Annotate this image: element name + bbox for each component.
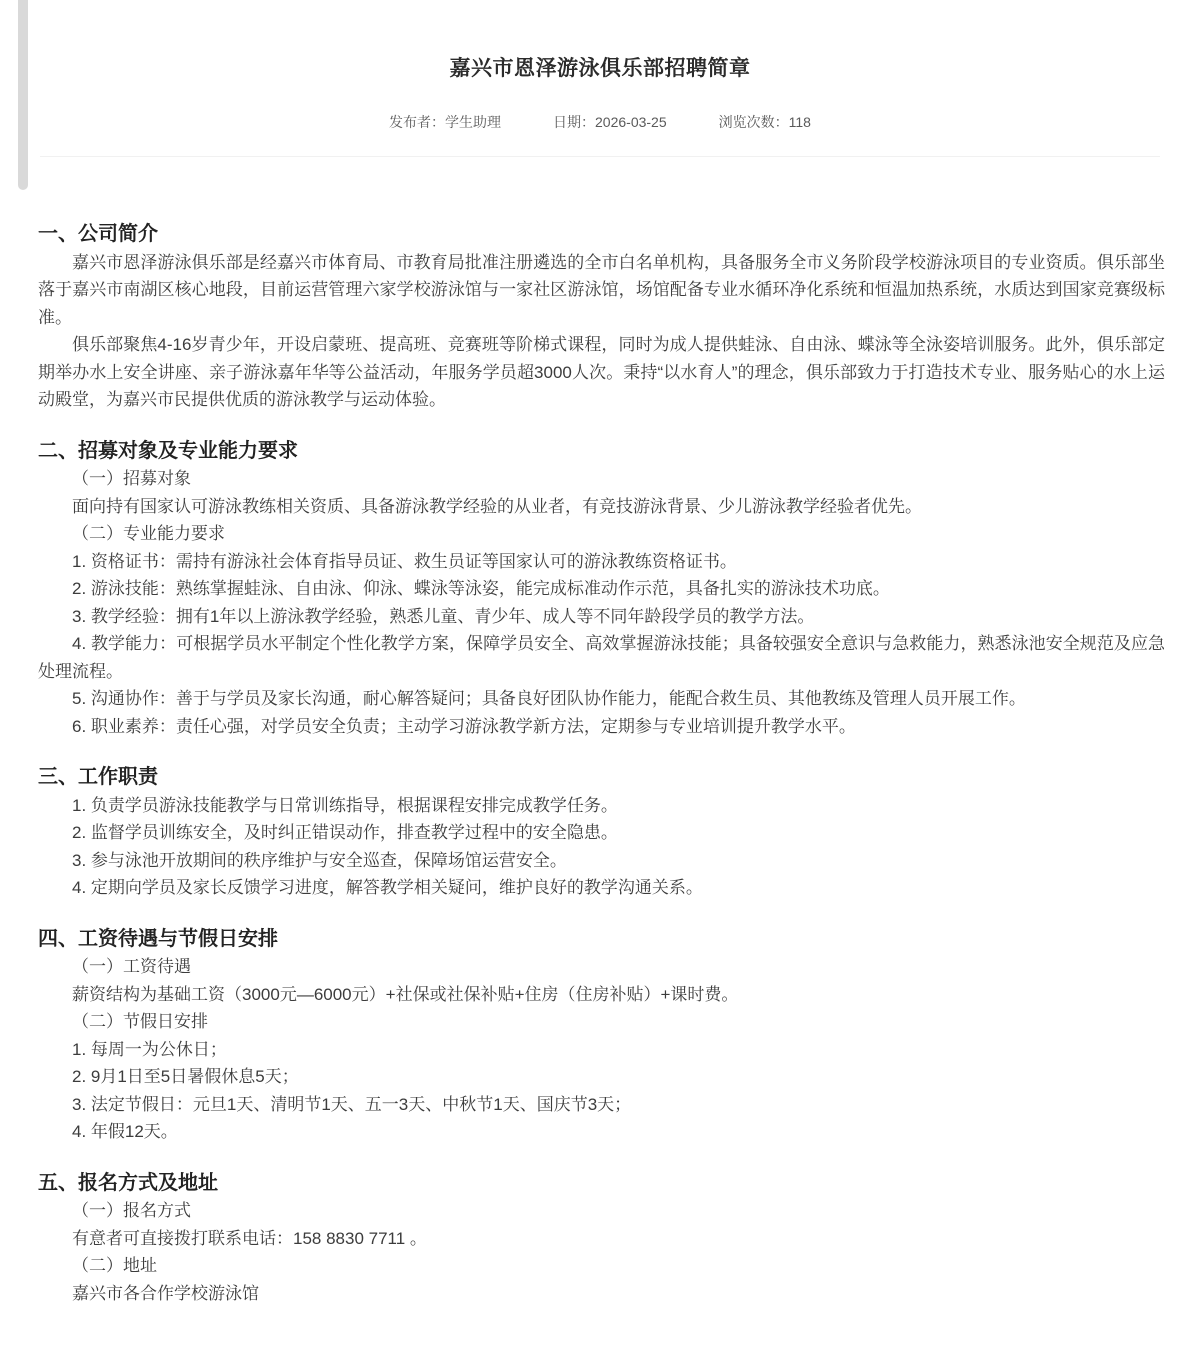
document-header: 嘉兴市恩泽游泳俱乐部招聘简章 发布者：学生助理 日期：2026-03-25 浏览… <box>0 0 1200 132</box>
section-heading-requirements: 二、招募对象及专业能力要求 <box>38 438 1165 466</box>
sub-heading: （二）专业能力要求 <box>38 520 1165 548</box>
list-item: 5. 沟通协作：善于与学员及家长沟通，耐心解答疑问；具备良好团队协作能力，能配合… <box>38 685 1165 713</box>
list-item: 3. 教学经验：拥有1年以上游泳教学经验，熟悉儿童、青少年、成人等不同年龄段学员… <box>38 603 1165 631</box>
section-heading-company-intro: 一、公司简介 <box>38 221 1165 249</box>
sub-heading: （一）招募对象 <box>38 465 1165 493</box>
paragraph: 薪资结构为基础工资（3000元—6000元）+社保或社保补贴+住房（住房补贴）+… <box>38 981 1165 1009</box>
scrollbar-thumb[interactable] <box>18 0 28 190</box>
sub-heading: （二）地址 <box>38 1252 1165 1280</box>
section-heading-apply: 五、报名方式及地址 <box>38 1170 1165 1198</box>
paragraph-contact-phone: 有意者可直接拨打联系电话：158 8830 7711 。 <box>38 1225 1165 1253</box>
sub-heading: （一）工资待遇 <box>38 953 1165 981</box>
meta-views: 浏览次数：118 <box>719 112 811 132</box>
paragraph: 俱乐部聚焦4-16岁青少年，开设启蒙班、提高班、竞赛班等阶梯式课程，同时为成人提… <box>38 331 1165 414</box>
section-heading-salary-holidays: 四、工资待遇与节假日安排 <box>38 926 1165 954</box>
meta-row: 发布者：学生助理 日期：2026-03-25 浏览次数：118 <box>0 112 1200 132</box>
article-body: 一、公司简介 嘉兴市恩泽游泳俱乐部是经嘉兴市体育局、市教育局批准注册遴选的全市白… <box>0 157 1200 1307</box>
paragraph-address: 嘉兴市各合作学校游泳馆 <box>38 1280 1165 1308</box>
sub-heading: （一）报名方式 <box>38 1197 1165 1225</box>
page-title: 嘉兴市恩泽游泳俱乐部招聘简章 <box>0 52 1200 82</box>
section-heading-duties: 三、工作职责 <box>38 764 1165 792</box>
list-item: 1. 每周一为公休日； <box>38 1036 1165 1064</box>
list-item: 1. 资格证书：需持有游泳社会体育指导员证、救生员证等国家认可的游泳教练资格证书… <box>38 548 1165 576</box>
meta-publisher: 发布者：学生助理 <box>389 112 501 132</box>
list-item: 2. 监督学员训练安全，及时纠正错误动作，排查教学过程中的安全隐患。 <box>38 819 1165 847</box>
list-item: 3. 法定节假日：元旦1天、清明节1天、五一3天、中秋节1天、国庆节3天； <box>38 1091 1165 1119</box>
paragraph: 面向持有国家认可游泳教练相关资质、具备游泳教学经验的从业者，有竞技游泳背景、少儿… <box>38 493 1165 521</box>
list-item: 6. 职业素养：责任心强，对学员安全负责；主动学习游泳教学新方法，定期参与专业培… <box>38 713 1165 741</box>
list-item: 2. 9月1日至5日暑假休息5天； <box>38 1063 1165 1091</box>
meta-date: 日期：2026-03-25 <box>553 112 667 132</box>
list-item: 2. 游泳技能：熟练掌握蛙泳、自由泳、仰泳、蝶泳等泳姿，能完成标准动作示范，具备… <box>38 575 1165 603</box>
list-item: 4. 年假12天。 <box>38 1118 1165 1146</box>
list-item: 4. 教学能力：可根据学员水平制定个性化教学方案，保障学员安全、高效掌握游泳技能… <box>38 630 1165 685</box>
list-item: 3. 参与泳池开放期间的秩序维护与安全巡查，保障场馆运营安全。 <box>38 847 1165 875</box>
list-item: 1. 负责学员游泳技能教学与日常训练指导，根据课程安排完成教学任务。 <box>38 792 1165 820</box>
sub-heading: （二）节假日安排 <box>38 1008 1165 1036</box>
list-item: 4. 定期向学员及家长反馈学习进度，解答教学相关疑问，维护良好的教学沟通关系。 <box>38 874 1165 902</box>
paragraph: 嘉兴市恩泽游泳俱乐部是经嘉兴市体育局、市教育局批准注册遴选的全市白名单机构，具备… <box>38 249 1165 332</box>
